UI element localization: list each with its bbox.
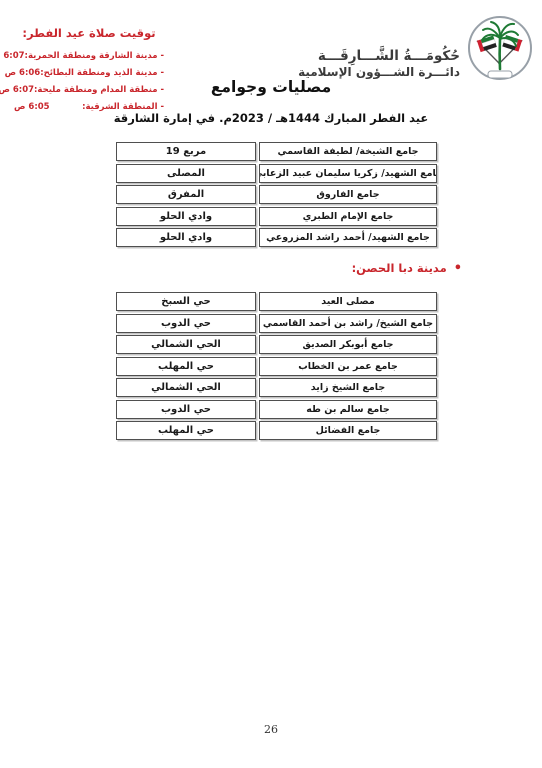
area-cell: وادي الحلو bbox=[116, 207, 256, 226]
prayer-timing-box: توقيت صلاة عيد الفطر: - مدينة الشارقة وم… bbox=[14, 26, 164, 116]
page-title: مصليات وجوامع bbox=[0, 78, 542, 96]
table-row: جامع الشيخ/ راشد بن أحمد القاسمي حي الدو… bbox=[115, 314, 437, 333]
table-row: جامع الشهيد/ زكريا سليمان عبيد الزعابي ا… bbox=[115, 164, 437, 183]
table-row: جامع الشيخ زايد الحي الشمالي bbox=[115, 378, 437, 397]
table-row: جامع سالم بن طه حي الدوب bbox=[115, 400, 437, 419]
table-row: جامع الشيخة/ لطيفة القاسمي مربع 19 bbox=[115, 142, 437, 161]
mosque-cell: جامع عمر بن الخطاب bbox=[259, 357, 437, 376]
table-row: جامع عمر بن الخطاب حي المهلب bbox=[115, 357, 437, 376]
section-bullet-icon: • bbox=[454, 262, 462, 275]
table-row: مصلى العيد حي السبخ bbox=[115, 292, 437, 311]
mosque-table-1: جامع الشيخة/ لطيفة القاسمي مربع 19 جامع … bbox=[115, 142, 437, 250]
area-cell: حي الدوب bbox=[116, 400, 256, 419]
page-subtitle: عيد الفطر المبارك 1444هـ / 2023م. في إما… bbox=[0, 111, 542, 125]
table-row: جامع الفاروق المفرق bbox=[115, 185, 437, 204]
sharjah-emblem bbox=[465, 13, 535, 87]
emblem-ribbon bbox=[488, 71, 512, 78]
mosque-table-2: مصلى العيد حي السبخ جامع الشيخ/ راشد بن … bbox=[115, 292, 437, 443]
area-cell: المصلى bbox=[116, 164, 256, 183]
government-header: حُكُومَـــةُ الشَّـــارِقَـــة دائـــرة … bbox=[298, 48, 460, 80]
area-cell: المفرق bbox=[116, 185, 256, 204]
area-cell: حي السبخ bbox=[116, 292, 256, 311]
mosque-cell: جامع الشيخة/ لطيفة القاسمي bbox=[259, 142, 437, 161]
area-cell: الحي الشمالي bbox=[116, 335, 256, 354]
section-title: مدينة دبا الحصن: bbox=[352, 261, 447, 275]
table-row: جامع الشهيد/ أحمد راشد المزروعي وادي الح… bbox=[115, 228, 437, 247]
area-cell: مربع 19 bbox=[116, 142, 256, 161]
timing-value: 6:07 ص bbox=[0, 48, 25, 65]
document-page: حُكُومَـــةُ الشَّـــارِقَـــة دائـــرة … bbox=[0, 0, 542, 768]
timing-area-label: - مدينة الشارقة ومنطقة الحمرية: bbox=[25, 48, 164, 65]
sharjah-emblem-graphic bbox=[465, 13, 535, 87]
section-header: • مدينة دبا الحصن: bbox=[352, 261, 462, 275]
mosque-cell: جامع الشهيد/ أحمد راشد المزروعي bbox=[259, 228, 437, 247]
table-row: جامع الإمام الطبري وادي الحلو bbox=[115, 207, 437, 226]
table-row: جامع الفضائل حي المهلب bbox=[115, 421, 437, 440]
table-row: جامع أبوبكر الصديق الحي الشمالي bbox=[115, 335, 437, 354]
area-cell: حي المهلب bbox=[116, 421, 256, 440]
mosque-cell: جامع الشهيد/ زكريا سليمان عبيد الزعابي bbox=[259, 164, 437, 183]
mosque-cell: مصلى العيد bbox=[259, 292, 437, 311]
mosque-cell: جامع سالم بن طه bbox=[259, 400, 437, 419]
prayer-timing-title: توقيت صلاة عيد الفطر: bbox=[14, 26, 164, 40]
area-cell: حي المهلب bbox=[116, 357, 256, 376]
mosque-cell: جامع الفضائل bbox=[259, 421, 437, 440]
prayer-timing-line: - مدينة الشارقة ومنطقة الحمرية: 6:07 ص bbox=[14, 48, 164, 65]
mosque-cell: جامع الفاروق bbox=[259, 185, 437, 204]
page-number: 26 bbox=[0, 723, 542, 736]
mosque-cell: جامع أبوبكر الصديق bbox=[259, 335, 437, 354]
mosque-cell: جامع الشيخ زايد bbox=[259, 378, 437, 397]
government-name: حُكُومَـــةُ الشَّـــارِقَـــة bbox=[298, 48, 460, 65]
mosque-cell: جامع الشيخ/ راشد بن أحمد القاسمي bbox=[259, 314, 437, 333]
area-cell: وادي الحلو bbox=[116, 228, 256, 247]
area-cell: حي الدوب bbox=[116, 314, 256, 333]
area-cell: الحي الشمالي bbox=[116, 378, 256, 397]
mosque-cell: جامع الإمام الطبري bbox=[259, 207, 437, 226]
